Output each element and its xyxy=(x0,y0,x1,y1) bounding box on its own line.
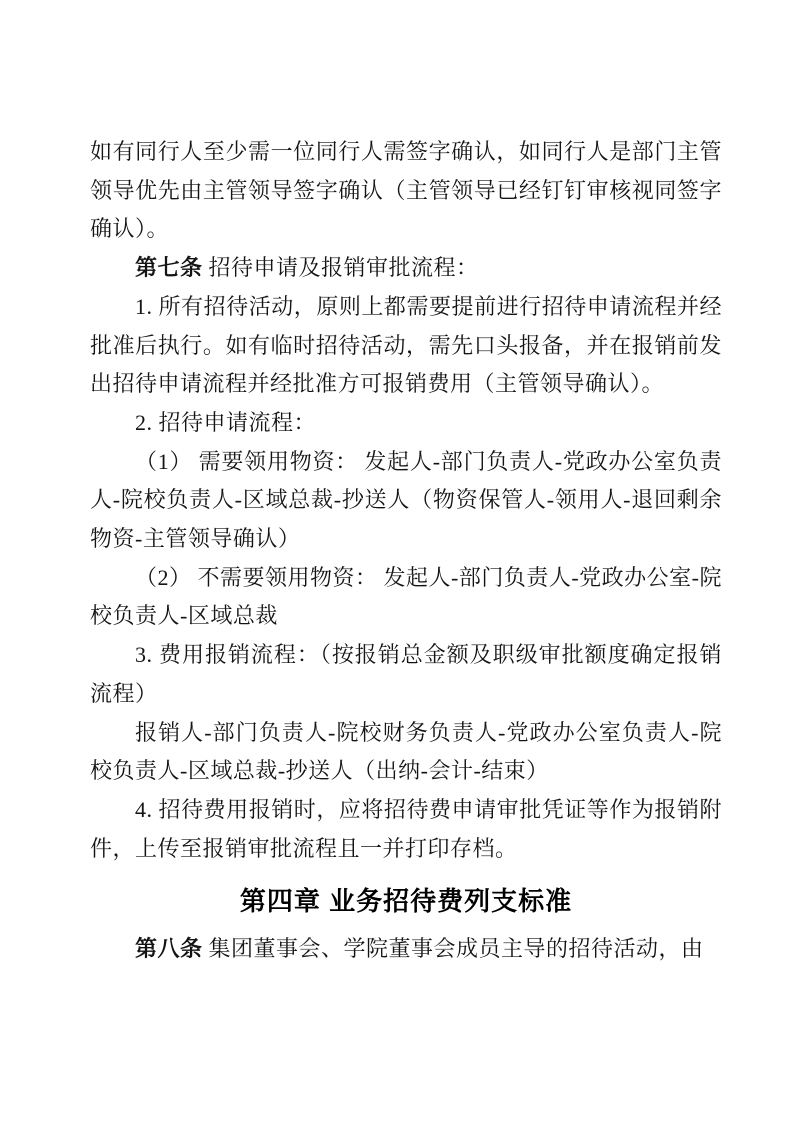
paragraph-text: 招待申请及报销审批流程： xyxy=(203,255,479,280)
paragraph: 报销人-部门负责人-院校财务负责人-党政办公室负责人-院校负责人-区域总裁-抄送… xyxy=(90,714,722,791)
paragraph: （1） 需要领用物资： 发起人-部门负责人-党政办公室负责人-院校负责人-区域总… xyxy=(90,443,722,559)
document-page: 如有同行人至少需一位同行人需签字确认，如同行人是部门主管领导优先由主管领导签字确… xyxy=(0,0,793,1122)
paragraph-text: 集团董事会、学院董事会成员主导的招待活动，由 xyxy=(203,936,704,961)
paragraph: 如有同行人至少需一位同行人需签字确认，如同行人是部门主管领导优先由主管领导签字确… xyxy=(90,133,722,249)
article-number: 第八条 xyxy=(135,936,203,961)
paragraph: 1. 所有招待活动，原则上都需要提前进行招待申请流程并经批准后执行。如有临时招待… xyxy=(90,288,722,404)
article-number: 第七条 xyxy=(135,255,203,280)
paragraph: 第七条 招待申请及报销审批流程： xyxy=(90,249,722,288)
paragraph: 3. 费用报销流程：（按报销总金额及职级审批额度确定报销流程） xyxy=(90,636,722,713)
paragraph: （2） 不需要领用物资： 发起人-部门负责人-党政办公室-院校负责人-区域总裁 xyxy=(90,559,722,636)
document-content: 如有同行人至少需一位同行人需签字确认，如同行人是部门主管领导优先由主管领导签字确… xyxy=(90,133,722,969)
chapter-heading: 第四章 业务招待费列支标准 xyxy=(90,879,722,923)
paragraph: 2. 招待申请流程： xyxy=(90,404,722,443)
paragraph: 第八条 集团董事会、学院董事会成员主导的招待活动，由 xyxy=(90,930,722,969)
paragraph: 4. 招待费用报销时，应将招待费申请审批凭证等作为报销附件，上传至报销审批流程且… xyxy=(90,791,722,868)
